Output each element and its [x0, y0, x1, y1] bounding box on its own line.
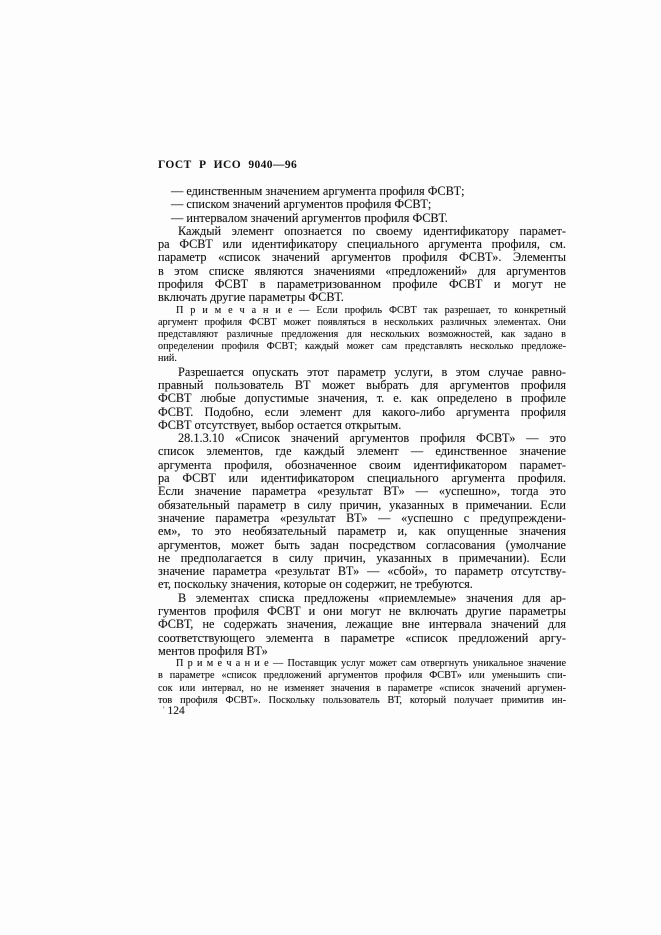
text-line: правный пользователь ВТ может выбрать дл…: [158, 379, 566, 392]
paragraph: Каждый элемент опознается по своему иден…: [158, 225, 566, 305]
text-line: не предполагается в силу причин, указанн…: [158, 552, 566, 565]
text-line: 28.1.3.10 «Список значений аргументов пр…: [158, 432, 566, 445]
text-line: представляют различные предложения для н…: [158, 329, 566, 341]
text-line: включать другие параметры ФСВТ.: [158, 291, 566, 304]
text-line: аргументов, может быть задан посредством…: [158, 539, 566, 552]
text-line: П р и м е ч а н и е — Если профиль ФСВТ …: [158, 305, 566, 317]
text-line: аргумент профиля ФСВТ может появляться в…: [158, 317, 566, 329]
text-line: ний.: [158, 353, 566, 365]
note-block: П р и м е ч а н и е — Поставщик услуг мо…: [158, 658, 566, 707]
paragraph: Разрешается опускать этот параметр услуг…: [158, 366, 566, 432]
text-line: профиля ФСВТ в параметризованном профиле…: [158, 278, 566, 291]
text-line: Если значение параметра «результат ВТ» —…: [158, 485, 566, 498]
text-line: — интервалом значений аргументов профиля…: [158, 212, 566, 225]
text-line: ФСВТ. Подобно, если элемент для какого-л…: [158, 406, 566, 419]
text-line: тов профиля ФСВТ». Поскольку пользовател…: [158, 695, 566, 707]
text-line: ет, поскольку значения, которые он содер…: [158, 578, 566, 591]
text-line: ра ФСВТ или идентификатором специального…: [158, 472, 566, 485]
text-line: соответствующего элемента в параметре «с…: [158, 632, 566, 645]
page-number: '124: [163, 705, 185, 717]
scanned-page: ГОСТ Р ИСО 9040—96 — единственным значен…: [0, 0, 661, 935]
document-text: — единственным значением аргумента профи…: [158, 185, 566, 707]
text-line: в этом списке являются значениями «предл…: [158, 265, 566, 278]
text-line: ФСВТ отсутствует, выбор остается открыты…: [158, 419, 566, 432]
text-line: определении профиля ФСВТ; каждый может с…: [158, 341, 566, 353]
text-line: Разрешается опускать этот параметр услуг…: [158, 366, 566, 379]
note-block: П р и м е ч а н и е — Если профиль ФСВТ …: [158, 305, 566, 366]
text-line: — списком значений аргументов профиля ФС…: [158, 198, 566, 211]
paragraph: В элементах списка предложены «приемлемы…: [158, 592, 566, 658]
text-line: значение параметра «результат ВТ» — «усп…: [158, 512, 566, 525]
text-line: список элементов, где каждый элемент — е…: [158, 445, 566, 458]
text-line: П р и м е ч а н и е — Поставщик услуг мо…: [158, 658, 566, 670]
text-line: Каждый элемент опознается по своему иден…: [158, 225, 566, 238]
text-line: аргумента профиля, обозначенное своим ид…: [158, 459, 566, 472]
text-line: В элементах списка предложены «приемлемы…: [158, 592, 566, 605]
text-line: ФСВТ любые допустимые значения, т. е. ка…: [158, 392, 566, 405]
text-column: ГОСТ Р ИСО 9040—96 — единственным значен…: [158, 159, 566, 707]
text-line: ментов профиля ВТ»: [158, 645, 566, 658]
page-number-value: 124: [167, 705, 184, 717]
text-line: — единственным значением аргумента профи…: [158, 185, 566, 198]
text-line: ем», то это необязательный параметр и, к…: [158, 525, 566, 538]
paragraph: 28.1.3.10 «Список значений аргументов пр…: [158, 432, 566, 592]
text-line: обязательный параметр в силу причин, ука…: [158, 499, 566, 512]
text-line: в параметре «список предложений аргумент…: [158, 670, 566, 682]
dash-list: — единственным значением аргумента профи…: [158, 185, 566, 225]
running-header: ГОСТ Р ИСО 9040—96: [158, 159, 566, 171]
text-line: сок или интервал, но не изменяет значени…: [158, 683, 566, 695]
text-line: гументов профиля ФСВТ и они могут не вкл…: [158, 605, 566, 618]
text-line: значение параметра «результат ВТ» — «сбо…: [158, 565, 566, 578]
text-line: параметр «список значений аргументов про…: [158, 251, 566, 264]
scan-artifact-mark: ': [163, 705, 164, 714]
text-line: ра ФСВТ или идентификатору специального …: [158, 238, 566, 251]
text-line: ФСВТ, не содержать значения, лежащие вне…: [158, 618, 566, 631]
